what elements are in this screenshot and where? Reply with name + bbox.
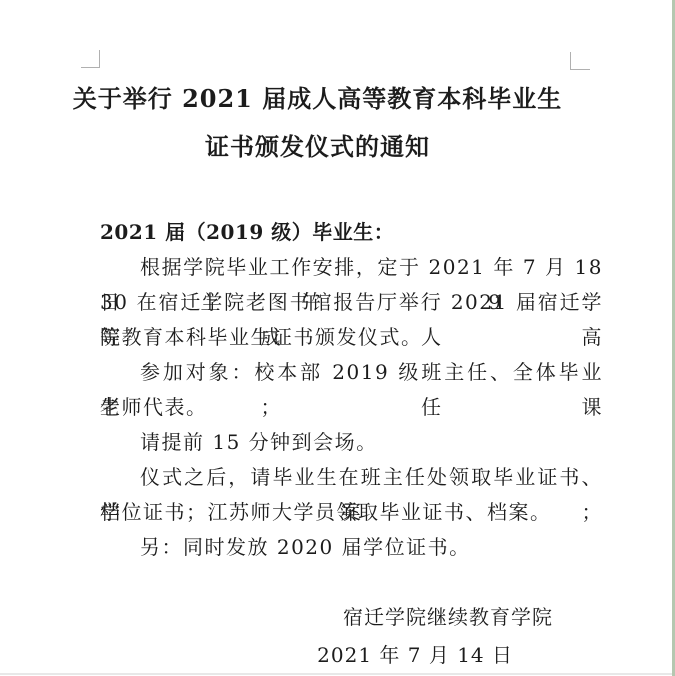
body-line: 学位证书；江苏师大学员领取毕业证书、档案。 <box>100 495 603 530</box>
document-title-line-1: 关于举行 2021 届成人高等教育本科毕业生 <box>0 75 635 123</box>
text-boundary-mark-top-left <box>81 50 100 68</box>
document-title-line-2: 证书颁发仪式的通知 <box>0 123 635 171</box>
signature-block: 宿迁学院继续教育学院 2021 年 7 月 14 日 <box>100 600 603 673</box>
body-line: 参加对象：校本部 2019 级班主任、全体毕业生；任课 <box>100 355 603 390</box>
salutation-line: 2021 届（2019 级）毕业生： <box>100 215 603 250</box>
body-line: 仪式之后，请毕业生在班主任处领取毕业证书、档案； <box>100 460 603 495</box>
document-title: 关于举行 2021 届成人高等教育本科毕业生 证书颁发仪式的通知 <box>0 75 635 171</box>
body-line: 请提前 15 分钟到会场。 <box>100 425 603 460</box>
body-line: 30 在宿迁学院老图书馆报告厅举行 2021 届宿迁学院成人高 <box>100 285 603 320</box>
document-body: 2021 届（2019 级）毕业生： 根据学院毕业工作安排，定于 2021 年 … <box>100 215 603 565</box>
text-boundary-mark-top-right <box>570 52 590 70</box>
signature-date: 2021 年 7 月 14 日 <box>100 638 603 673</box>
signature-organization: 宿迁学院继续教育学院 <box>100 600 603 635</box>
page-bottom-edge-line <box>0 673 672 675</box>
body-line: 根据学院毕业工作安排，定于 2021 年 7 月 18 日上午 9： <box>100 250 603 285</box>
body-line: 另：同时发放 2020 届学位证书。 <box>100 530 603 565</box>
